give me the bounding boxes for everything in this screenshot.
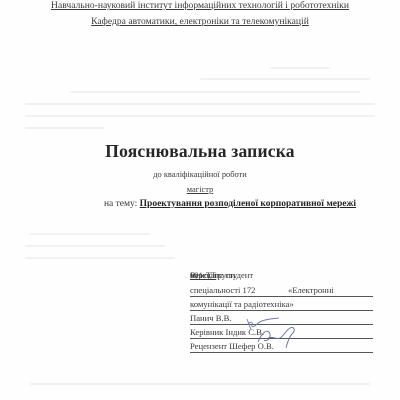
specialty-code: спеціальності 172 bbox=[190, 285, 255, 295]
show-through-line bbox=[25, 257, 175, 259]
show-through-line bbox=[30, 233, 150, 235]
document-subtitle: до кваліфікаційної роботи bbox=[0, 170, 400, 179]
degree-label: магістр bbox=[0, 185, 400, 194]
student-name: Панич В.В. bbox=[190, 313, 231, 323]
topic-line: на тему: Проектування розподіленої корпо… bbox=[60, 199, 400, 209]
author-line-2: спеціальності 172 «Електронні bbox=[190, 284, 373, 297]
document-title: Пояснювальна записка bbox=[0, 141, 400, 162]
show-through-line bbox=[30, 383, 370, 385]
supervisor-signature-icon bbox=[256, 322, 306, 350]
document-page: Навчально-науковий інститут інформаційни… bbox=[0, 0, 400, 400]
group-number: 601-ТТ bbox=[190, 270, 216, 280]
institute-heading: Навчально-науковий інститут інформаційни… bbox=[0, 0, 400, 11]
author-line-3: комунікації та радіотехніка» bbox=[190, 298, 373, 311]
show-through-line bbox=[200, 78, 370, 80]
specialty-name-start: «Електронні bbox=[288, 285, 334, 295]
topic-prefix: на тему: bbox=[104, 199, 137, 209]
department-heading: Кафедра автоматики, електроніки та телек… bbox=[0, 16, 400, 27]
author-line-1: Виконав: студент 6 курсу, групи 601-ТТ bbox=[190, 270, 373, 282]
show-through-line bbox=[25, 103, 375, 105]
show-through-line bbox=[70, 91, 360, 93]
show-through-line bbox=[25, 127, 105, 129]
show-through-line bbox=[270, 67, 330, 69]
show-through-line bbox=[25, 245, 165, 247]
topic-title: Проектування розподіленої корпоративної … bbox=[140, 199, 356, 209]
show-through-line bbox=[25, 115, 375, 117]
